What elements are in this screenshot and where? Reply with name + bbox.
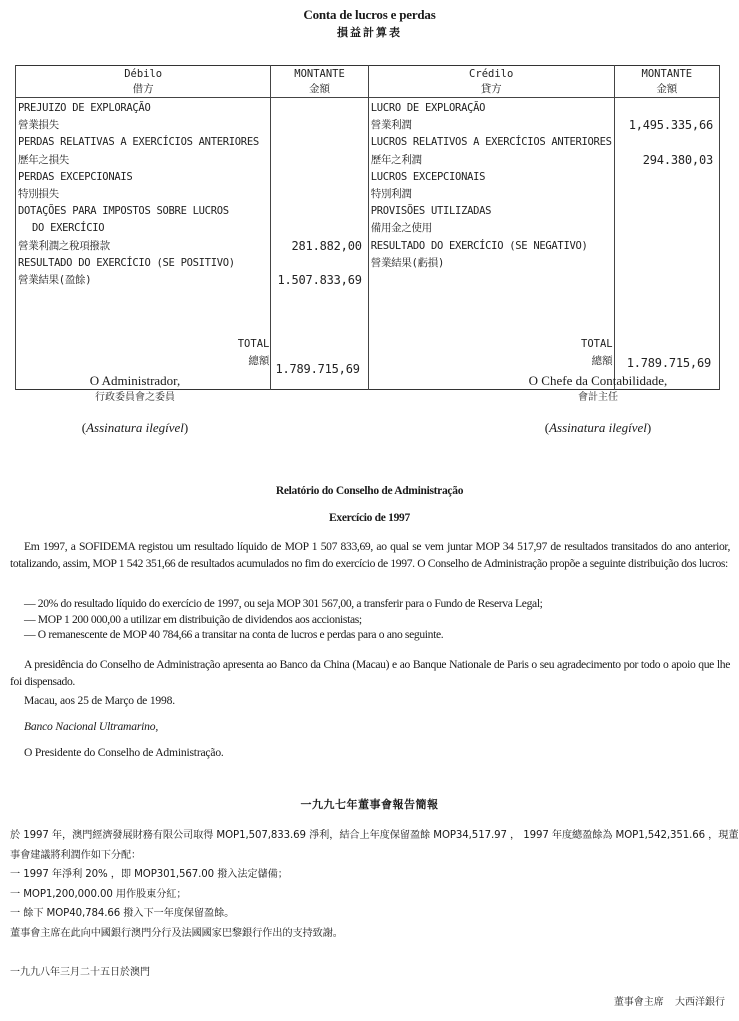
distribution-item: — 20% do resultado líquido do exercício … [24,596,724,612]
report-date: Macau, aos 25 de Março de 1998. [24,693,175,709]
ledger-amount [273,100,365,117]
ledger-amount [617,238,717,255]
ledger-line: 營業利潤 [371,117,612,134]
ledger-line: DO EXERCÍCIO [18,220,268,237]
ledger-amount [617,169,717,186]
ledger-line: 營業利潤之稅項撥款 [18,238,268,255]
ledger-line: DOTAÇÕES PARA IMPOSTOS SOBRE LUCROS [18,203,268,220]
credit-amounts: 1,495.335,66294.380,03 [614,98,719,337]
report-intro: Em 1997, a SOFIDEMA registou um resultad… [10,538,730,572]
ledger-line: 備用金之使用 [371,220,612,237]
ledger-line: PREJUIZO DE EXPLORAÇÃO [18,100,268,117]
ledger-line: PROVISÕES UTILIZADAS [371,203,612,220]
ledger-amount [617,255,717,272]
ledger-line: 歷年之利潤 [371,152,612,169]
distribution-item: — MOP 1 200 000,00 a utilizar em distrib… [24,612,724,628]
ledger-amount [273,117,365,134]
ledger-line: 特別損失 [18,186,268,203]
signature-administrator: O Administrador, 行政委員會之委員 (Assinatura il… [60,373,210,436]
document-title: Conta de lucros e perdas [0,7,739,23]
ledger-line: LUCRO DE EXPLORAÇÃO [371,100,612,117]
document-title-block: Conta de lucros e perdas 損益計算表 [0,7,739,41]
ledger-line: 歷年之損失 [18,152,268,169]
ledger-line: 特別利潤 [371,186,612,203]
ledger-line: PERDAS EXCEPCIONAIS [18,169,268,186]
ledger-line: 營業結果(虧損) [371,255,612,272]
report-signer: O Presidente do Conselho de Administraçã… [24,745,224,761]
document-title-zh: 損益計算表 [0,25,739,41]
ledger-line: PERDAS RELATIVAS A EXERCÍCIOS ANTERIORES [18,134,268,151]
ledger-line: 營業損失 [18,117,268,134]
debit-items: PREJUIZO DE EXPLORAÇÃO營業損失PERDAS RELATIV… [16,98,271,337]
distribution-item: — O remanescente de MOP 40 784,66 a tran… [24,627,724,643]
ledger-amount [273,186,365,203]
ledger-amount [617,203,717,220]
credit-amount-header: MONTANTE 金額 [614,66,719,98]
ledger-amount: 1,495.335,66 [617,117,717,134]
ledger-line: RESULTADO DO EXERCÍCIO (SE POSITIVO) [18,255,268,272]
ledger-amount [617,186,717,203]
report-subheading: Exercício de 1997 [0,512,739,524]
ledger-amount: 1.507.833,69 [273,272,365,289]
ledger-amount [273,220,365,237]
credit-header: Crédilo 貸方 [368,66,614,98]
profit-loss-table: Débilo 借方 MONTANTE 金額 Crédilo 貸方 MONTANT… [15,65,720,390]
ledger-amount [273,169,365,186]
ledger-amount [617,100,717,117]
debit-header: Débilo 借方 [16,66,271,98]
signature-accounting-chief: O Chefe da Contabilidade, 會計主任 (Assinatu… [513,373,683,436]
ledger-line: LUCROS EXCEPCIONAIS [371,169,612,186]
report-zh-signer: 董事會主席 大西洋銀行 [614,993,725,1008]
credit-items: LUCRO DE EXPLORAÇÃO營業利潤LUCROS RELATIVOS … [368,98,614,337]
ledger-line: RESULTADO DO EXERCÍCIO (SE NEGATIVO) [371,238,612,255]
ledger-amount [273,152,365,169]
report-zh-heading: 一九九七年董事會報告簡報 [0,796,739,812]
report-thanks: A presidência do Conselho de Administraç… [10,656,730,690]
debit-amounts: 281.882,001.507.833,69 [271,98,368,337]
debit-amount-header: MONTANTE 金額 [271,66,368,98]
ledger-amount: 294.380,03 [617,152,717,169]
ledger-line: 營業結果(盈餘) [18,272,268,289]
debit-total-amount: 1.789.715,69 [271,336,368,390]
ledger-amount [617,134,717,151]
report-bank: Banco Nacional Ultramarino, [24,719,158,735]
report-zh-body: 於 1997 年，澳門經濟發展財務有限公司取得 MOP1,507,833.69 … [10,826,732,943]
ledger-amount [617,220,717,237]
signature-text: Assinatura ilegível [549,420,647,435]
report-heading: Relatório do Conselho de Administração [0,485,739,497]
ledger-amount: 281.882,00 [273,238,365,255]
signature-text: Assinatura ilegível [86,420,184,435]
ledger-amount [273,203,365,220]
ledger-amount [273,255,365,272]
ledger-amount [273,134,365,151]
ledger-line: LUCROS RELATIVOS A EXERCÍCIOS ANTERIORES [371,134,612,151]
report-zh-date: 一九九八年三月二十五日於澳門 [10,963,150,978]
distribution-list: — 20% do resultado líquido do exercício … [24,596,724,643]
